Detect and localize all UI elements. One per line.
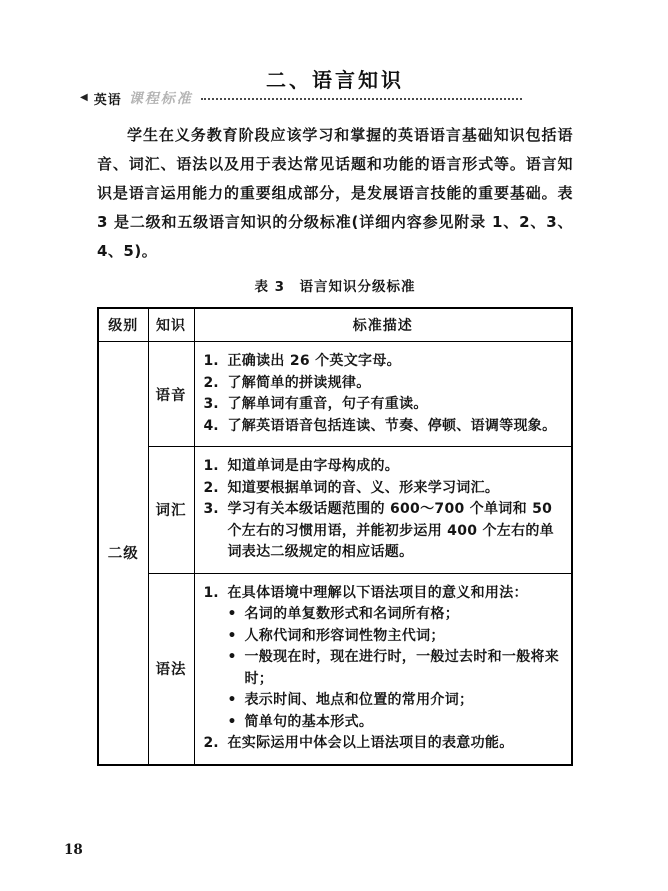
knowledge-cell-phonetics: 语音: [148, 342, 194, 447]
col-header-level: 级别: [98, 308, 148, 342]
level-cell: 二级: [98, 342, 148, 765]
bullet-icon: •: [228, 712, 245, 734]
list-item: 3.了解单词有重音，句子有重读。: [204, 394, 566, 416]
list-item: 1.知道单词是由字母构成的。: [204, 456, 566, 478]
bullet-item: •人称代词和形容词性物主代词；: [228, 626, 566, 648]
page-content: 二、语言知识 学生在义务教育阶段应该学习和掌握的英语语言基础知识包括语音、词汇、…: [97, 64, 573, 766]
col-header-description: 标准描述: [194, 308, 572, 342]
intro-paragraph: 学生在义务教育阶段应该学习和掌握的英语语言基础知识包括语音、词汇、语法以及用于表…: [97, 121, 573, 266]
left-triangle-icon: ◀: [80, 93, 88, 103]
table-row: 词汇 1.知道单词是由字母构成的。 2.知道要根据单词的音、义、形来学习词汇。 …: [98, 447, 572, 574]
header-book-label: 英语: [94, 89, 122, 108]
header-dotted-rule: [201, 98, 522, 100]
document-page: ◀ 英语 课程标准 二、语言知识 学生在义务教育阶段应该学习和掌握的英语语言基础…: [0, 0, 668, 891]
bullet-item: •一般现在时，现在进行时，一般过去时和一般将来时；: [228, 647, 566, 690]
bullet-item: •简单句的基本形式。: [228, 712, 566, 734]
description-cell-phonetics: 1.正确读出 26 个英文字母。 2.了解简单的拼读规律。 3.了解单词有重音，…: [194, 342, 572, 447]
list-item: 4.了解英语语音包括连读、节奏、停顿、语调等现象。: [204, 416, 566, 438]
page-number: 18: [64, 842, 83, 858]
list-item: 2.知道要根据单词的音、义、形来学习词汇。: [204, 478, 566, 500]
table-caption: 表 3 语言知识分级标准: [97, 275, 573, 295]
list-item: 1.在具体语境中理解以下语法项目的意义和用法：: [204, 583, 566, 605]
list-item: 3.学习有关本级话题范围的 600～700 个单词和 50 个左右的习惯用语，并…: [204, 499, 566, 564]
running-header: ◀ 英语 课程标准: [80, 88, 522, 108]
bullet-icon: •: [228, 690, 245, 712]
description-cell-grammar: 1.在具体语境中理解以下语法项目的意义和用法： •名词的单复数形式和名词所有格；…: [194, 573, 572, 765]
list-item: 2.在实际运用中体会以上语法项目的表意功能。: [204, 733, 566, 755]
list-item: 1.正确读出 26 个英文字母。: [204, 351, 566, 373]
bullet-item: •名词的单复数形式和名词所有格；: [228, 604, 566, 626]
bullet-icon: •: [228, 604, 245, 626]
bullet-icon: •: [228, 626, 245, 648]
knowledge-cell-vocabulary: 词汇: [148, 447, 194, 574]
table-row: 二级 语音 1.正确读出 26 个英文字母。 2.了解简单的拼读规律。 3.了解…: [98, 342, 572, 447]
table-row: 语法 1.在具体语境中理解以下语法项目的意义和用法： •名词的单复数形式和名词所…: [98, 573, 572, 765]
bullet-icon: •: [228, 647, 245, 690]
standards-table: 级别 知识 标准描述 二级 语音 1.正确读出 26 个英文字母。 2.了解简单…: [97, 307, 573, 766]
table-header-row: 级别 知识 标准描述: [98, 308, 572, 342]
description-cell-vocabulary: 1.知道单词是由字母构成的。 2.知道要根据单词的音、义、形来学习词汇。 3.学…: [194, 447, 572, 574]
bullet-item: •表示时间、地点和位置的常用介词；: [228, 690, 566, 712]
header-series-label: 课程标准: [129, 88, 193, 108]
list-item: 2.了解简单的拼读规律。: [204, 373, 566, 395]
col-header-knowledge: 知识: [148, 308, 194, 342]
knowledge-cell-grammar: 语法: [148, 573, 194, 765]
